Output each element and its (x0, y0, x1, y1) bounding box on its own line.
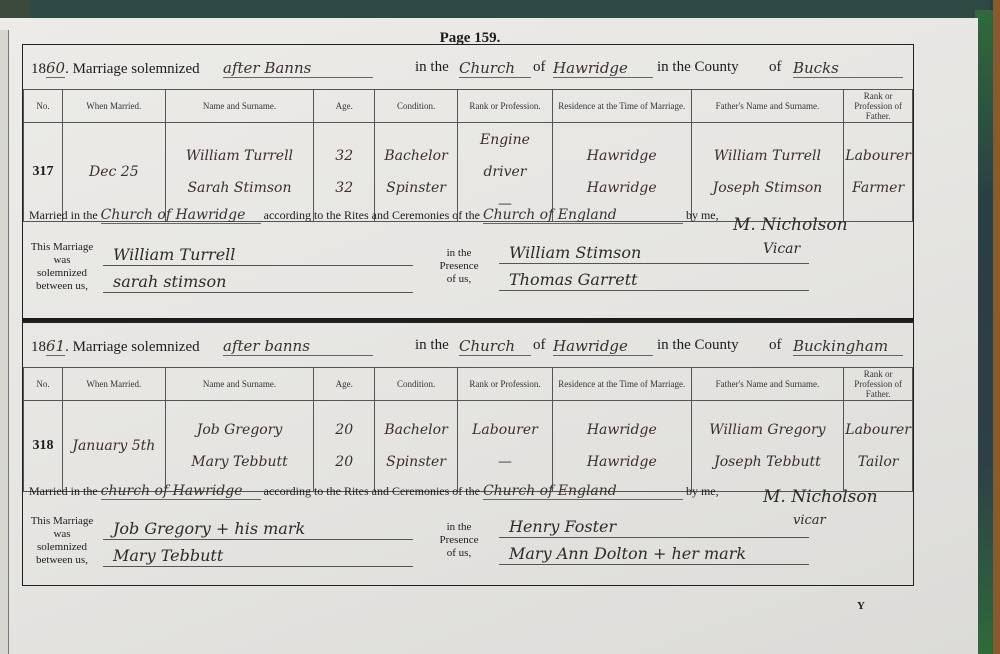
names: Job GregoryMary Tebbutt (165, 401, 314, 492)
entry-table: No. When Married. Name and Surname. Age.… (23, 89, 913, 222)
parish: Hawridge (553, 337, 653, 356)
conditions: BachelorSpinster (375, 401, 458, 492)
col-when-married: When Married. (62, 90, 165, 123)
place-type: Church (459, 59, 531, 78)
entry-year: 1861. Marriage solemnized (31, 337, 200, 356)
entry-table: No. When Married. Name and Surname. Age.… (23, 367, 913, 492)
minister-signature: M. Nicholson (763, 487, 878, 507)
father-ranks: LabourerTailor (844, 401, 913, 492)
marriage-entry-317: 1860. Marriage solemnized after Banns in… (22, 44, 914, 322)
previous-page-edge (0, 30, 9, 654)
label-in-the: in the (415, 59, 449, 76)
residences: HawridgeHawridge (552, 401, 691, 492)
col-age: Age. (314, 368, 375, 401)
witness-2: Mary Ann Dolton + her mark (509, 544, 746, 563)
signatures-section: This Marriagewassolemnizedbetween us, Jo… (29, 509, 909, 579)
minister-signature: M. Nicholson (733, 215, 848, 235)
signature-groom: Job Gregory + his mark (113, 519, 305, 538)
col-residence: Residence at the Time of Marriage. (552, 368, 691, 401)
ranks: Labourer— (458, 401, 553, 492)
label-in-the: in the (415, 337, 449, 354)
col-no: No. (24, 368, 63, 401)
signature-bride: sarah stimson (113, 272, 226, 291)
col-rank: Rank or Profession. (458, 368, 553, 401)
col-when-married: When Married. (62, 368, 165, 401)
fathers: William GregoryJoseph Tebbutt (691, 401, 844, 492)
signature-mark: Y (857, 600, 865, 612)
married-in-place: Church of Hawridge (101, 207, 261, 224)
father-ranks: LabourerFarmer (844, 123, 913, 222)
place-type: Church (459, 337, 531, 356)
married-in-line: Married in the church of Hawridge accord… (29, 483, 719, 500)
solemnized-by: after Banns (223, 59, 373, 78)
this-marriage-label: This Marriagewassolemnizedbetween us, (29, 515, 95, 567)
parish: Hawridge (553, 59, 653, 78)
couple-signatures: Job Gregory + his mark Mary Tebbutt (103, 513, 413, 567)
table-row: 318 January 5th Job GregoryMary Tebbutt … (24, 401, 913, 492)
col-father-rank: Rank or Profession of Father. (844, 90, 913, 123)
signatures-section: This Marriagewassolemnizedbetween us, Wi… (29, 235, 909, 305)
married-in-line: Married in the Church of Hawridge accord… (29, 207, 719, 224)
label-of-county: of (769, 59, 782, 76)
signature-bride: Mary Tebbutt (113, 546, 223, 565)
label-of: of (533, 337, 546, 354)
col-condition: Condition. (375, 368, 458, 401)
county: Buckingham (793, 337, 903, 356)
witness-1: William Stimson (509, 243, 641, 262)
col-rank: Rank or Profession. (458, 90, 553, 123)
entry-header: 1860. Marriage solemnized after Banns in… (23, 45, 913, 83)
presence-label: in thePresenceof us, (429, 521, 489, 560)
married-in-place: church of Hawridge (101, 483, 261, 500)
county: Bucks (793, 59, 903, 78)
couple-signatures: William Turrell sarah stimson (103, 239, 413, 293)
wooden-surface-right (993, 0, 1000, 654)
signature-groom: William Turrell (113, 245, 235, 264)
ages: 2020 (314, 401, 375, 492)
presence-label: in thePresenceof us, (429, 247, 489, 286)
label-county: in the County (657, 59, 739, 76)
solemnized-by: after banns (223, 337, 373, 356)
col-no: No. (24, 90, 63, 123)
col-father-rank: Rank or Profession of Father. (844, 368, 913, 401)
col-age: Age. (314, 90, 375, 123)
col-residence: Residence at the Time of Marriage. (552, 90, 691, 123)
col-father: Father's Name and Surname. (691, 90, 844, 123)
witness-signatures: Henry Foster Mary Ann Dolton + her mark (499, 511, 809, 565)
witness-1: Henry Foster (509, 517, 616, 536)
entry-separator (22, 318, 914, 321)
label-county: in the County (657, 337, 739, 354)
col-father: Father's Name and Surname. (691, 368, 844, 401)
witness-2: Thomas Garrett (509, 270, 638, 289)
rites: Church of England (483, 483, 683, 500)
col-condition: Condition. (375, 90, 458, 123)
rites: Church of England (483, 207, 683, 224)
this-marriage-label: This Marriagewassolemnizedbetween us, (29, 241, 95, 293)
marriage-entry-318: 1861. Marriage solemnized after banns in… (22, 322, 914, 586)
witness-signatures: William Stimson Thomas Garrett (499, 237, 809, 291)
entry-number: 318 (24, 401, 63, 492)
when-married: January 5th (62, 401, 165, 492)
label-of: of (533, 59, 546, 76)
label-of-county: of (769, 337, 782, 354)
col-name: Name and Surname. (165, 90, 314, 123)
col-name: Name and Surname. (165, 368, 314, 401)
entry-year: 1860. Marriage solemnized (31, 59, 200, 78)
entry-header: 1861. Marriage solemnized after banns in… (23, 323, 913, 361)
